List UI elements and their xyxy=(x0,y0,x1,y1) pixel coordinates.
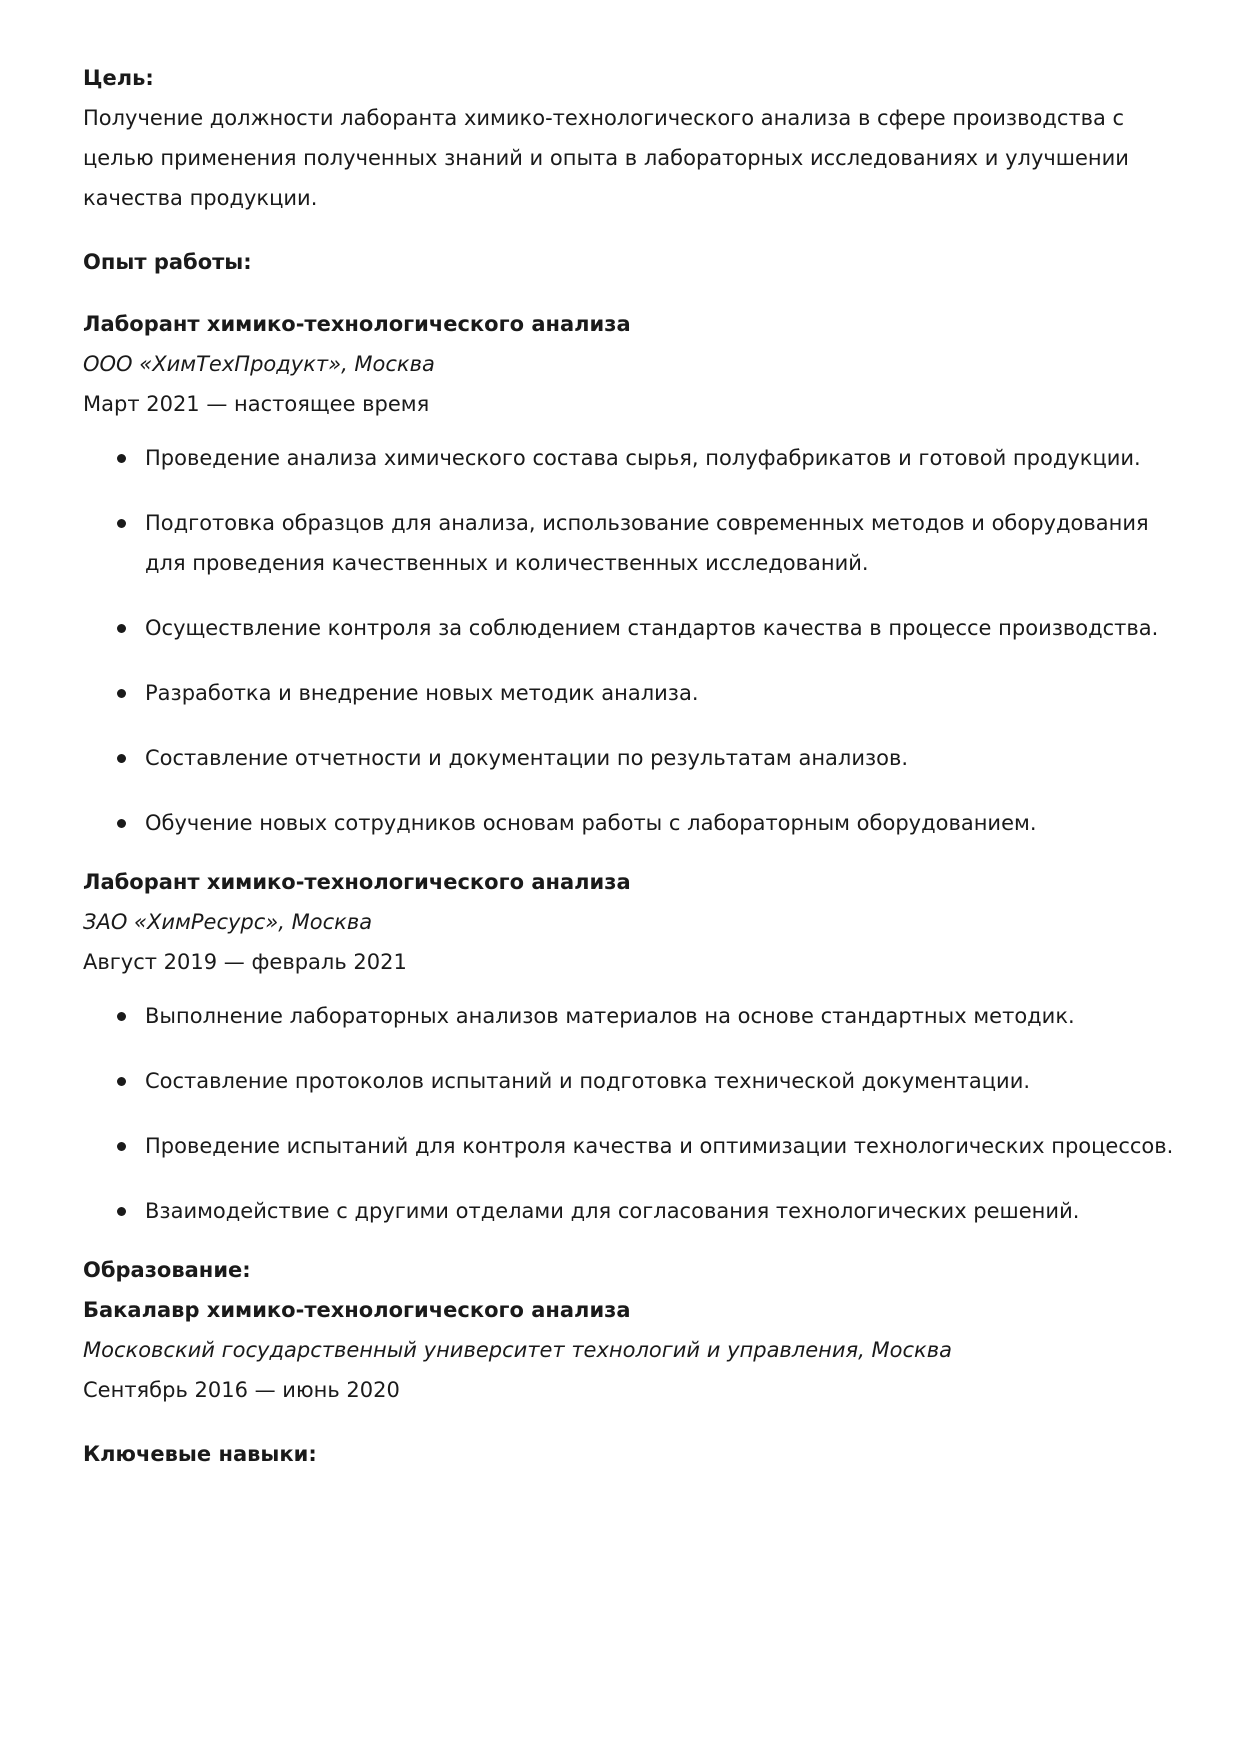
list-item: Составление протоколов испытаний и подго… xyxy=(83,1061,1179,1101)
list-item: Взаимодействие с другими отделами для со… xyxy=(83,1191,1179,1231)
list-item: Разработка и внедрение новых методик ана… xyxy=(83,673,1179,713)
list-item: Подготовка образцов для анализа, использ… xyxy=(83,503,1179,583)
bullet-icon xyxy=(117,624,126,633)
education-degree: Бакалавр химико-технологического анализа xyxy=(83,1290,1179,1330)
skills-section: Ключевые навыки: xyxy=(83,1434,1179,1474)
job-entry: Лаборант химико-технологического анализа… xyxy=(83,304,1179,843)
bullet-icon xyxy=(117,1142,126,1151)
bullet-icon xyxy=(117,519,126,528)
list-item: Проведение испытаний для контроля качест… xyxy=(83,1126,1179,1166)
job-duties-list: Проведение анализа химического состава с… xyxy=(83,438,1179,843)
job-title: Лаборант химико-технологического анализа xyxy=(83,862,1179,902)
bullet-icon xyxy=(117,1077,126,1086)
bullet-icon xyxy=(117,689,126,698)
education-period: Сентябрь 2016 — июнь 2020 xyxy=(83,1370,1179,1410)
job-duties-list: Выполнение лабораторных анализов материа… xyxy=(83,996,1179,1231)
experience-heading: Опыт работы: xyxy=(83,242,1179,282)
resume-page: Цель: Получение должности лаборанта хими… xyxy=(0,0,1239,1474)
education-section: Образование: Бакалавр химико-технологиче… xyxy=(83,1250,1179,1410)
bullet-icon xyxy=(117,1207,126,1216)
bullet-icon xyxy=(117,454,126,463)
bullet-icon xyxy=(117,1012,126,1021)
objective-section: Цель: Получение должности лаборанта хими… xyxy=(83,58,1179,218)
list-item: Составление отчетности и документации по… xyxy=(83,738,1179,778)
education-institution: Московский государственный университет т… xyxy=(83,1330,1179,1370)
skills-heading: Ключевые навыки: xyxy=(83,1434,1179,1474)
job-company: ЗАО «ХимРесурс», Москва xyxy=(83,902,1179,942)
job-period: Март 2021 — настоящее время xyxy=(83,384,1179,424)
list-item: Выполнение лабораторных анализов материа… xyxy=(83,996,1179,1036)
job-title: Лаборант химико-технологического анализа xyxy=(83,304,1179,344)
education-heading: Образование: xyxy=(83,1250,1179,1290)
job-entry: Лаборант химико-технологического анализа… xyxy=(83,862,1179,1231)
bullet-icon xyxy=(117,754,126,763)
job-period: Август 2019 — февраль 2021 xyxy=(83,942,1179,982)
list-item: Проведение анализа химического состава с… xyxy=(83,438,1179,478)
list-item: Обучение новых сотрудников основам работ… xyxy=(83,803,1179,843)
job-company: ООО «ХимТехПродукт», Москва xyxy=(83,344,1179,384)
objective-text: Получение должности лаборанта химико-тех… xyxy=(83,98,1179,218)
bullet-icon xyxy=(117,819,126,828)
objective-heading: Цель: xyxy=(83,58,1179,98)
list-item: Осуществление контроля за соблюдением ст… xyxy=(83,608,1179,648)
experience-section: Опыт работы: Лаборант химико-технологиче… xyxy=(83,242,1179,1231)
